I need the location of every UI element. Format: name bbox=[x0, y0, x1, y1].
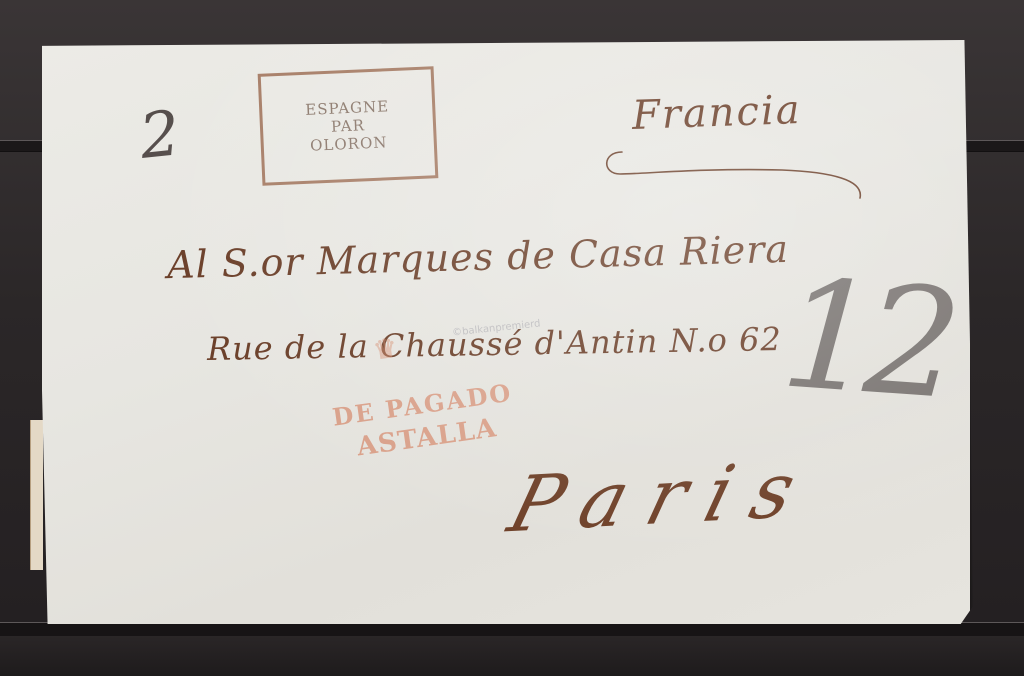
crown-icon: ♛ bbox=[372, 333, 399, 366]
destination-city: Paris bbox=[500, 443, 826, 549]
photo-scene: 2 ESPAGNE PAR OLORON Francia Al S.or Mar… bbox=[0, 0, 1024, 676]
album-mount-bottom bbox=[0, 636, 1024, 676]
routing-handstamp-line: OLORON bbox=[310, 133, 388, 154]
destination-country: Francia bbox=[631, 87, 802, 139]
addressee-line: Al S.or Marques de Casa Riera bbox=[167, 227, 790, 287]
routing-handstamp-line: PAR bbox=[331, 116, 366, 135]
cover-back-fold bbox=[30, 420, 43, 570]
rate-mark: 2 bbox=[136, 96, 183, 173]
red-postmark: ♛ DE PAGADO ASTALLA bbox=[330, 378, 518, 466]
flourish-underline bbox=[602, 140, 872, 200]
routing-handstamp-line: ESPAGNE bbox=[305, 97, 390, 119]
routing-handstamp: ESPAGNE PAR OLORON bbox=[258, 66, 439, 186]
charge-mark: 12 bbox=[777, 259, 954, 420]
letter-cover: 2 ESPAGNE PAR OLORON Francia Al S.or Mar… bbox=[42, 40, 970, 624]
